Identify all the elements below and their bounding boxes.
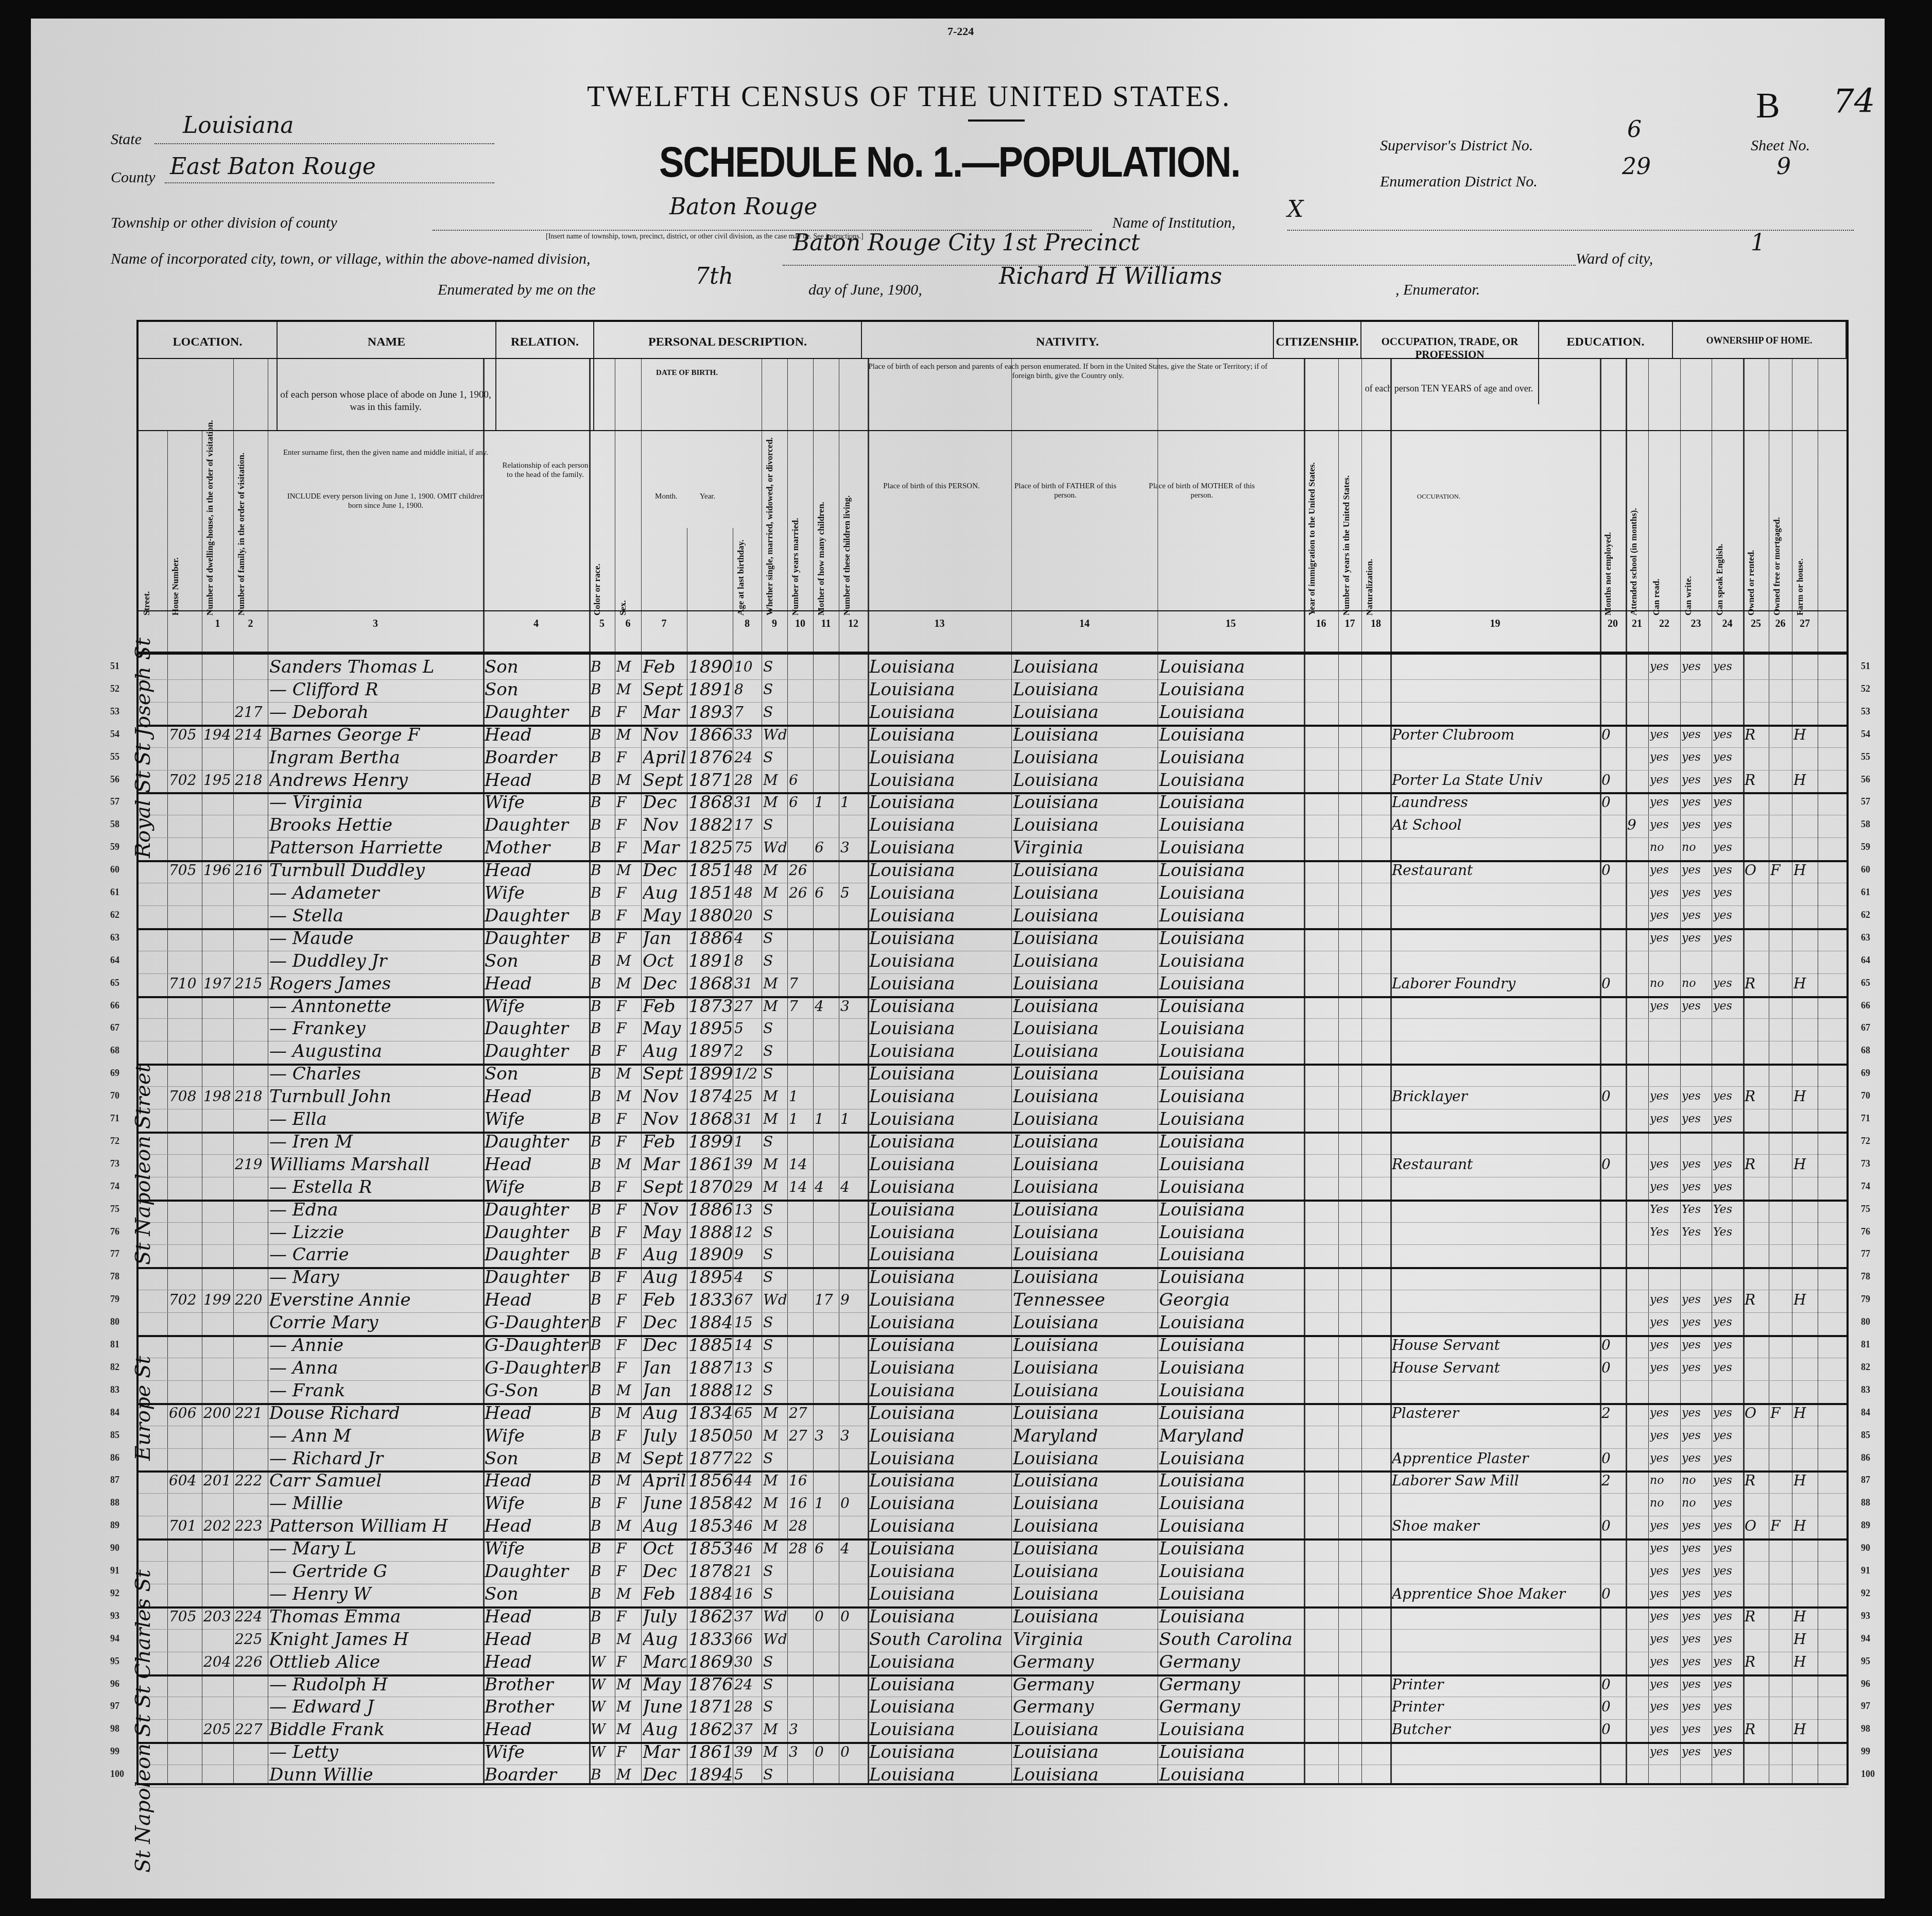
state-value: Louisiana: [183, 112, 294, 139]
cell-ym: 3: [789, 1739, 813, 1766]
cell-mbp: Louisiana: [1159, 1761, 1303, 1788]
column-number: 23: [1680, 618, 1712, 630]
month-heading: Month.: [646, 492, 687, 501]
cell-read: yes: [1650, 993, 1680, 1020]
cell-mother: 0: [815, 1603, 838, 1630]
line-number: 54: [1861, 729, 1870, 740]
cell-write: yes: [1682, 1106, 1711, 1133]
cell-dwelling: 201: [203, 1467, 233, 1494]
column-header-color: Color or race.: [592, 440, 614, 615]
cell-dwelling: 202: [203, 1513, 233, 1539]
cell-living: 0: [840, 1739, 867, 1766]
cell-mother: 6: [815, 834, 838, 861]
cell-occ: Laborer Foundry: [1392, 970, 1599, 997]
line-number-left: 98: [110, 1723, 119, 1734]
line-number-left: 70: [110, 1090, 119, 1101]
cell-family: 222: [235, 1467, 267, 1494]
county-label: County: [111, 169, 156, 186]
enumerator-name: Richard H Williams: [999, 263, 1222, 289]
supervisor-district-label: Supervisor's District No.: [1380, 137, 1533, 155]
line-number: 51: [1861, 661, 1870, 672]
line-number-left: 68: [110, 1045, 119, 1056]
line-number-left: 55: [110, 751, 119, 762]
line-number: 70: [1861, 1090, 1870, 1101]
cell-farm: H: [1793, 1151, 1817, 1178]
line-number: 84: [1861, 1407, 1870, 1418]
cell-unemp: 0: [1601, 1355, 1625, 1381]
cell-unemp: 0: [1601, 857, 1625, 884]
header-location: LOCATION.: [139, 322, 278, 430]
schedule-letter: B: [1756, 85, 1780, 127]
census-page: 7-224 TWELFTH CENSUS OF THE UNITED STATE…: [31, 19, 1885, 1898]
cell-family: 220: [235, 1287, 267, 1313]
cell-unemp: 0: [1601, 722, 1625, 748]
line-number: 96: [1861, 1679, 1870, 1689]
column-number: 7: [641, 618, 687, 630]
column-number: 4: [483, 618, 589, 630]
cell-mother: 1: [815, 1490, 838, 1517]
cell-farm: H: [1793, 1467, 1817, 1494]
cell-farm: H: [1793, 1083, 1817, 1110]
cell-farm: H: [1793, 1400, 1817, 1427]
column-header-family: Number of family, in the order of visita…: [236, 440, 267, 615]
line-number-left: 77: [110, 1248, 119, 1259]
line-number: 90: [1861, 1543, 1870, 1553]
table-row: Dunn WillieBoarderBMDec18945SLouisianaLo…: [139, 1765, 1847, 1787]
birth-father-heading: Place of birth of FATHER of this person.: [1004, 482, 1127, 500]
cell-eng: Yes: [1713, 1219, 1743, 1246]
line-number: 87: [1861, 1475, 1870, 1485]
column-number: 27: [1792, 618, 1818, 630]
cell-ym: 14: [789, 1174, 813, 1201]
cell-free: F: [1770, 1400, 1791, 1427]
cell-house: 701: [169, 1513, 201, 1539]
line-number-left: 89: [110, 1520, 119, 1531]
line-number: 63: [1861, 932, 1870, 943]
cell-mother: 6: [815, 1535, 838, 1562]
column-number: 8: [733, 618, 762, 630]
location-heading: LOCATION.: [173, 335, 243, 349]
line-number: 62: [1861, 910, 1870, 920]
cell-unemp: 2: [1601, 1400, 1625, 1427]
column-header-dwelling: Number of dwelling-house, in the order o…: [205, 440, 232, 615]
enumerated-day: 7th: [695, 263, 733, 289]
title-ornament: [968, 119, 1025, 125]
cell-mother: 1: [815, 1106, 838, 1133]
line-number: 67: [1861, 1022, 1870, 1033]
line-number: 77: [1861, 1248, 1870, 1259]
cell-eng: yes: [1713, 925, 1743, 952]
cell-family: 218: [235, 767, 267, 794]
cell-read: yes: [1650, 654, 1680, 680]
line-number: 58: [1861, 819, 1870, 830]
line-number-left: 83: [110, 1384, 119, 1395]
line-number: 74: [1861, 1181, 1870, 1192]
line-number-left: 94: [110, 1633, 119, 1644]
cell-family: 215: [235, 970, 267, 997]
cell-family: 214: [235, 722, 267, 748]
occupation-heading: OCCUPATION, TRADE, OR PROFESSION: [1381, 335, 1518, 361]
cell-farm: H: [1793, 767, 1817, 794]
header-separator: [139, 358, 1847, 359]
cell-eng: yes: [1713, 654, 1743, 680]
column-number: 15: [1158, 618, 1304, 630]
column-header-free: Owned free or mortgaged.: [1772, 440, 1791, 615]
ward-value: 1: [1751, 230, 1765, 256]
cell-write: yes: [1682, 993, 1711, 1020]
cell-family: 219: [235, 1151, 267, 1178]
enumerator-label: , Enumerator.: [1395, 281, 1480, 299]
header-name: NAME: [278, 322, 496, 430]
cell-ym: 28: [789, 1535, 813, 1562]
line-number: 88: [1861, 1497, 1870, 1508]
cell-read: yes: [1650, 1739, 1680, 1766]
cell-own: R: [1745, 1603, 1768, 1630]
cell-own: R: [1745, 1716, 1768, 1743]
column-number: 12: [839, 618, 868, 630]
institution-label: Name of Institution,: [1112, 214, 1235, 232]
line-number-left: 67: [110, 1022, 119, 1033]
cell-house: 702: [169, 1287, 201, 1313]
line-number: 80: [1861, 1316, 1870, 1327]
line-number: 83: [1861, 1384, 1870, 1395]
line-number: 57: [1861, 796, 1870, 807]
line-number-left: 86: [110, 1452, 119, 1463]
enumeration-district-label: Enumeration District No.: [1380, 173, 1538, 191]
relation-heading: RELATION.: [511, 335, 579, 349]
line-number: 72: [1861, 1136, 1870, 1147]
cell-mother: 17: [815, 1287, 838, 1313]
enumeration-district-value: 29: [1622, 153, 1651, 180]
cell-farm: H: [1793, 1649, 1817, 1675]
cell-own: O: [1745, 857, 1768, 884]
column-header-mother: Mother of how many children.: [816, 440, 838, 615]
line-number: 86: [1861, 1452, 1870, 1463]
cell-living: 0: [840, 1603, 867, 1630]
date-of-birth-heading: DATE OF BIRTH.: [646, 368, 728, 378]
line-number-left: 54: [110, 729, 119, 740]
header-relation: RELATION.: [496, 322, 594, 430]
cell-family: 218: [235, 1083, 267, 1110]
cell-dwelling: 200: [203, 1400, 233, 1427]
column-header-yus: Number of years in the United States.: [1341, 440, 1360, 615]
line-number-left: 60: [110, 864, 119, 875]
line-number-left: 71: [110, 1113, 119, 1124]
cell-mother: 0: [815, 1739, 838, 1766]
city-value: Baton Rouge City 1st Precinct: [793, 230, 1140, 256]
line-number-left: 91: [110, 1565, 119, 1576]
line-number-left: 57: [110, 796, 119, 807]
line-number: 85: [1861, 1430, 1870, 1441]
cell-farm: H: [1793, 1513, 1817, 1539]
cell-house: 705: [169, 857, 201, 884]
cell-house: 606: [169, 1400, 201, 1427]
census-title: TWELFTH CENSUS OF THE UNITED STATES.: [587, 80, 1231, 113]
cell-house: 710: [169, 970, 201, 997]
cell-house: 705: [169, 1603, 201, 1630]
cell-ym: 7: [789, 993, 813, 1020]
line-number: 78: [1861, 1271, 1870, 1282]
cell-own: R: [1745, 1151, 1768, 1178]
cell-farm: H: [1793, 970, 1817, 997]
line-number-left: 85: [110, 1430, 119, 1441]
cell-mother: 3: [815, 1423, 838, 1449]
line-number-left: 97: [110, 1701, 119, 1712]
column-header-farm: Farm or house.: [1795, 440, 1817, 615]
cell-living: 5: [840, 880, 867, 906]
cell-farm: H: [1793, 1287, 1817, 1313]
cell-dwelling: 198: [203, 1083, 233, 1110]
line-number-left: 79: [110, 1294, 119, 1305]
cell-unemp: 0: [1601, 1716, 1625, 1743]
line-number-left: 52: [110, 683, 119, 694]
township-label: Township or other division of county: [111, 214, 337, 232]
street-annotation: Royal St: [131, 755, 155, 858]
state-label: State: [111, 131, 142, 148]
line-number-left: 69: [110, 1068, 119, 1079]
cell-family: 216: [235, 857, 267, 884]
line-number-left: 90: [110, 1543, 119, 1553]
cell-write: yes: [1682, 925, 1711, 952]
cell-house: 708: [169, 1083, 201, 1110]
line-number-left: 62: [110, 910, 119, 920]
cell-family: 223: [235, 1513, 267, 1539]
birth-person-heading: Place of birth of this PERSON.: [870, 482, 993, 491]
cell-own: O: [1745, 1400, 1768, 1427]
cell-ym: 1: [789, 1106, 813, 1133]
column-header-eng: Can speak English.: [1715, 440, 1742, 615]
street-annotation: St Charles St: [131, 1512, 155, 1708]
column-number: 16: [1304, 618, 1338, 630]
line-number-left: 87: [110, 1475, 119, 1485]
cell-read: yes: [1650, 1106, 1680, 1133]
cell-year: 1894: [688, 1761, 732, 1788]
cell-occ: Butcher: [1392, 1716, 1599, 1743]
column-header-imm: Year of immigration to the United States…: [1307, 440, 1337, 615]
line-number: 93: [1861, 1611, 1870, 1621]
line-number: 82: [1861, 1362, 1870, 1373]
line-number: 95: [1861, 1656, 1870, 1667]
cell-unemp: 0: [1601, 1581, 1625, 1607]
line-number: 69: [1861, 1068, 1870, 1079]
cell-own: R: [1745, 1083, 1768, 1110]
line-number-left: 84: [110, 1407, 119, 1418]
cell-living: 3: [840, 1423, 867, 1449]
line-number: 91: [1861, 1565, 1870, 1576]
cell-own: R: [1745, 970, 1768, 997]
line-number-left: 78: [110, 1271, 119, 1282]
column-header-write: Can write.: [1683, 440, 1711, 615]
line-number-left: 72: [110, 1136, 119, 1147]
cell-occ: Bricklayer: [1392, 1083, 1599, 1110]
column-header-own: Owned or rented.: [1746, 440, 1768, 615]
cell-own: O: [1745, 1513, 1768, 1539]
header-education: EDUCATION.: [1539, 322, 1673, 358]
cell-month: Dec: [643, 1761, 686, 1788]
cell-unemp: 0: [1601, 1151, 1625, 1178]
line-number-left: 65: [110, 978, 119, 988]
column-header-sex: Sex.: [618, 440, 640, 615]
cell-farm: H: [1793, 857, 1817, 884]
header-personal: PERSONAL DESCRIPTION.: [594, 322, 862, 358]
line-number-left: 51: [110, 661, 119, 672]
nativity-heading: NATIVITY.: [1036, 335, 1099, 349]
cell-occ: Apprentice Shoe Maker: [1392, 1581, 1599, 1607]
cell-living: 1: [840, 789, 867, 816]
day-label: day of June, 1900,: [808, 281, 922, 299]
cell-eng: yes: [1713, 1106, 1743, 1133]
column-number: 3: [268, 618, 483, 630]
column-number: 26: [1769, 618, 1792, 630]
cell-dwelling: 205: [203, 1716, 233, 1743]
cell-house: 604: [169, 1467, 201, 1494]
cell-unemp: 0: [1601, 970, 1625, 997]
name-instructions: Enter surname first, then the given name…: [280, 448, 491, 457]
line-number-left: 76: [110, 1226, 119, 1237]
line-number-left: 53: [110, 706, 119, 717]
cell-relation: Boarder: [485, 1761, 589, 1788]
cell-occ: Laborer Saw Mill: [1392, 1467, 1599, 1494]
nativity-description: Place of birth of each person and parent…: [865, 362, 1271, 381]
line-number-left: 61: [110, 887, 119, 898]
column-header-house: House Number.: [170, 440, 201, 615]
line-number: 55: [1861, 751, 1870, 762]
supervisor-district-value: 6: [1627, 116, 1642, 143]
cell-eng: yes: [1713, 1355, 1743, 1381]
enumerated-label: Enumerated by me on the: [438, 281, 596, 299]
cell-fbp: Louisiana: [1013, 1761, 1157, 1788]
cell-house: 702: [169, 767, 201, 794]
cell-occ: House Servant: [1392, 1355, 1599, 1381]
cell-family: 221: [235, 1400, 267, 1427]
cell-dwelling: 194: [203, 722, 233, 748]
township-value: Baton Rouge: [669, 194, 817, 220]
line-number: 60: [1861, 864, 1870, 875]
line-number: 79: [1861, 1294, 1870, 1305]
stamp-number: 74: [1833, 82, 1875, 121]
citizenship-heading: CITIZENSHIP.: [1275, 335, 1358, 349]
column-number: 20: [1600, 618, 1626, 630]
line-number-left: 81: [110, 1339, 119, 1350]
cell-unemp: 0: [1601, 789, 1625, 816]
line-number: 68: [1861, 1045, 1870, 1056]
line-number: 92: [1861, 1588, 1870, 1599]
cell-dwelling: 203: [203, 1603, 233, 1630]
line-number-left: 64: [110, 955, 119, 966]
header-nativity: NATIVITY.: [862, 322, 1274, 358]
cell-write: yes: [1682, 654, 1711, 680]
cell-dwelling: 196: [203, 857, 233, 884]
street-annotation: St Napoleon Street: [131, 987, 155, 1265]
column-number: 10: [787, 618, 813, 630]
occupation-description: of each person TEN YEARS of age and over…: [1364, 384, 1534, 393]
column-header-school: Attended school (in months).: [1629, 440, 1647, 615]
sheet-label: Sheet No.: [1751, 137, 1810, 155]
name-description: of each person whose place of abode on J…: [280, 389, 491, 414]
line-number-left: 66: [110, 1000, 119, 1011]
line-number-left: 93: [110, 1611, 119, 1621]
cell-bp: Louisiana: [869, 1761, 1011, 1788]
cell-write: Yes: [1682, 1219, 1711, 1246]
column-number: 22: [1648, 618, 1680, 630]
column-number: 13: [868, 618, 1011, 630]
cell-occ: Plasterer: [1392, 1400, 1599, 1427]
header-ownership: OWNERSHIP OF HOME.: [1673, 322, 1847, 358]
line-number: 59: [1861, 842, 1870, 852]
column-number: 25: [1743, 618, 1769, 630]
column-header-nat: Naturalization.: [1365, 440, 1389, 615]
cell-dwelling: 195: [203, 767, 233, 794]
population-table: LOCATION. NAME RELATION. PERSONAL DESCRI…: [136, 320, 1849, 1785]
header-separator: [139, 610, 1847, 611]
cell-own: R: [1745, 1649, 1768, 1675]
cell-dwelling: 199: [203, 1287, 233, 1313]
line-number-left: 100: [110, 1769, 124, 1780]
line-number: 64: [1861, 955, 1870, 966]
education-heading: EDUCATION.: [1567, 335, 1645, 349]
line-number: 76: [1861, 1226, 1870, 1237]
line-number-left: 88: [110, 1497, 119, 1508]
row-divider: [139, 1787, 1847, 1788]
cell-mother: 1: [815, 789, 838, 816]
cell-age: 5: [734, 1761, 761, 1788]
cell-mother: 4: [815, 1174, 838, 1201]
cell-mother: 6: [815, 880, 838, 906]
cell-farm: H: [1793, 722, 1817, 748]
line-number: 81: [1861, 1339, 1870, 1350]
cell-own: R: [1745, 767, 1768, 794]
cell-family: 227: [235, 1716, 267, 1743]
year-heading: Year.: [687, 492, 728, 501]
cell-free: F: [1770, 1513, 1791, 1539]
street-annotation: St Napoleon St: [131, 1718, 155, 1873]
line-number: 56: [1861, 774, 1870, 785]
line-number: 100: [1861, 1769, 1875, 1780]
ownership-heading: OWNERSHIP OF HOME.: [1706, 335, 1813, 346]
cell-occ: Porter Clubroom: [1392, 722, 1599, 748]
street-annotation: St Joseph St: [131, 570, 155, 765]
ward-label: Ward of city,: [1576, 250, 1653, 268]
line-number: 71: [1861, 1113, 1870, 1124]
state-line: [154, 143, 494, 144]
line-number: 66: [1861, 1000, 1870, 1011]
cell-ym: 27: [789, 1423, 813, 1449]
cell-occ: Shoe maker: [1392, 1513, 1599, 1539]
line-number: 65: [1861, 978, 1870, 988]
cell-family: 226: [235, 1649, 267, 1675]
column-number: 18: [1361, 618, 1390, 630]
county-value: East Baton Rouge: [170, 153, 376, 180]
personal-heading: PERSONAL DESCRIPTION.: [648, 335, 807, 349]
cell-ym: 26: [789, 880, 813, 906]
column-number: 24: [1712, 618, 1743, 630]
header-separator: [139, 430, 1847, 431]
cell-occ: Restaurant: [1392, 1151, 1599, 1178]
line-number: 75: [1861, 1204, 1870, 1214]
line-number-left: 73: [110, 1158, 119, 1169]
column-number: 17: [1338, 618, 1361, 630]
line-number-left: 59: [110, 842, 119, 852]
line-number-left: 75: [110, 1204, 119, 1214]
cell-own: R: [1745, 1467, 1768, 1494]
cell-house: 705: [169, 722, 201, 748]
column-number: 2: [233, 618, 268, 630]
line-number-left: 63: [110, 932, 119, 943]
line-number: 73: [1861, 1158, 1870, 1169]
cell-occ: Restaurant: [1392, 857, 1599, 884]
line-number-left: 56: [110, 774, 119, 785]
column-header-read: Can read.: [1651, 440, 1679, 615]
